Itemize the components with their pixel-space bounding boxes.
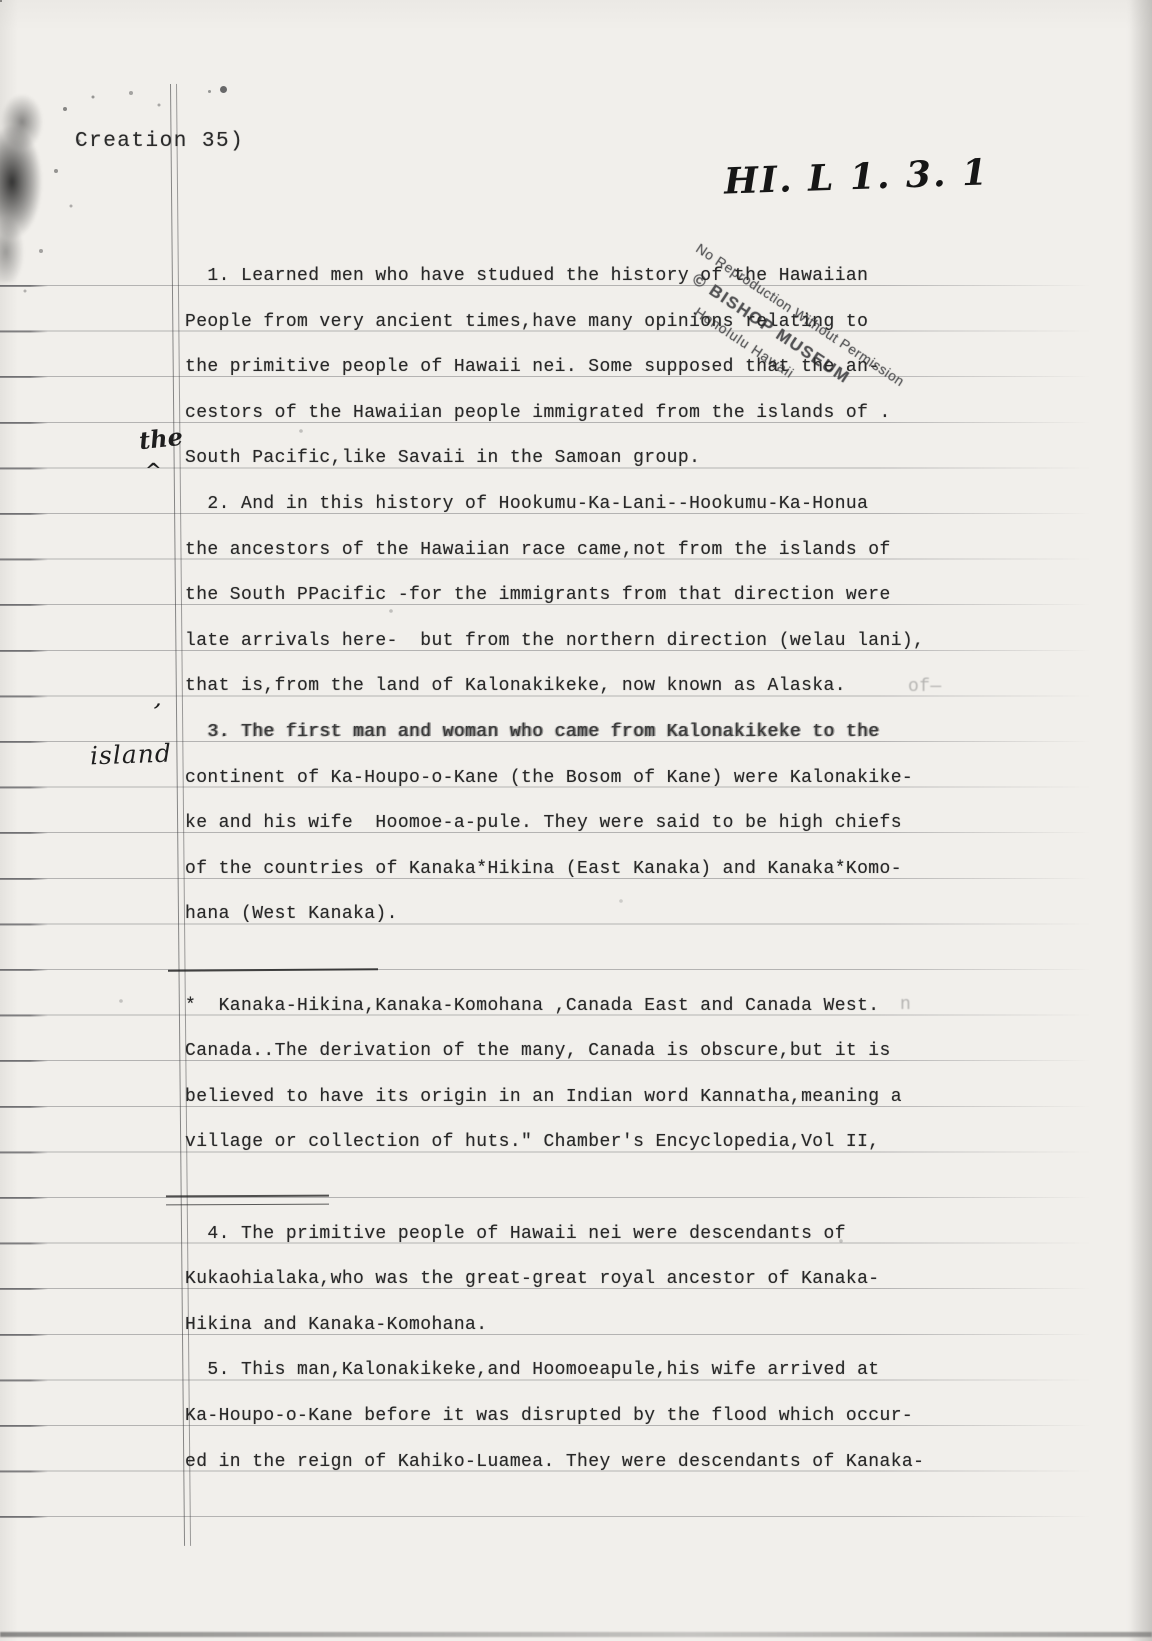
- typed-line: the ancestors of the Hawaiian race came,…: [185, 538, 891, 562]
- typed-line: the primitive people of Hawaii nei. Some…: [185, 355, 880, 379]
- footnote-end-double-rule: [166, 1195, 329, 1206]
- typed-line: 5. This man,Kalonakikeke,and Hoomoeapule…: [185, 1358, 880, 1382]
- paper-right-edge-shading: [1130, 0, 1152, 1641]
- handwritten-insertion-the: the: [138, 422, 185, 455]
- typed-line: People from very ancient times,have many…: [185, 310, 868, 334]
- typed-line footnote-line: Canada..The derivation of the many, Cana…: [185, 1039, 891, 1063]
- typed-line: 3. The first man and woman who came from…: [185, 720, 880, 744]
- typed-line: 4. The primitive people of Hawaii nei we…: [185, 1222, 846, 1246]
- typed-line: continent of Ka-Houpo-o-Kane (the Bosom …: [185, 766, 913, 790]
- typed-line: Ka-Houpo-o-Kane before it was disrupted …: [185, 1404, 913, 1428]
- typed-line footnote-line: believed to have its origin in an Indian…: [185, 1085, 902, 1109]
- typed-line: 2. And in this history of Hookumu-Ka-Lan…: [185, 492, 868, 516]
- typed-line: ed in the reign of Kahiko-Luamea. They w…: [185, 1450, 924, 1474]
- typed-line: Kukaohialaka,who was the great-great roy…: [185, 1267, 880, 1291]
- typed-line: cestors of the Hawaiian people immigrate…: [185, 401, 891, 425]
- faint-erased-text: n: [900, 995, 911, 1015]
- ruled-lines-left-dashes: [0, 285, 48, 1518]
- manuscript-page: Creation 35) HI. L 1. 3. 1 No Reproducti…: [0, 0, 1152, 1641]
- typed-line footnote-line: village or collection of huts." Chamber'…: [185, 1130, 880, 1154]
- typed-line: Hikina and Kanaka-Komohana.: [185, 1313, 487, 1337]
- typed-line: hana (West Kanaka).: [185, 902, 398, 926]
- typed-line footnote-line: * Kanaka-Hikina,Kanaka-Komohana ,Canada …: [185, 994, 880, 1018]
- handwritten-catalog-number: HI. L 1. 3. 1: [723, 151, 989, 202]
- typed-line: ke and his wife Hoomoe-a-pule. They were…: [185, 811, 902, 835]
- handwritten-margin-note-island: island: [90, 739, 173, 771]
- typed-line: late arrivals here- but from the norther…: [185, 629, 924, 653]
- typed-line: 1. Learned men who have studued the hist…: [185, 264, 868, 288]
- typed-line: that is,from the land of Kalonakikeke, n…: [185, 674, 846, 698]
- paper-bottom-edge: [0, 1632, 1152, 1637]
- typed-line: the South PPacific -for the immigrants f…: [185, 583, 891, 607]
- faint-erased-text: of—: [908, 677, 942, 697]
- ink-speckles: [0, 0, 2, 2]
- ink-dot: [220, 86, 227, 93]
- insertion-caret: ^: [145, 458, 162, 482]
- page-title: Creation 35): [75, 130, 244, 153]
- typed-line: of the countries of Kanaka*Hikina (East …: [185, 857, 902, 881]
- typed-line: South Pacific,like Savaii in the Samoan …: [185, 446, 700, 470]
- ink-blob-artifact: [0, 82, 70, 282]
